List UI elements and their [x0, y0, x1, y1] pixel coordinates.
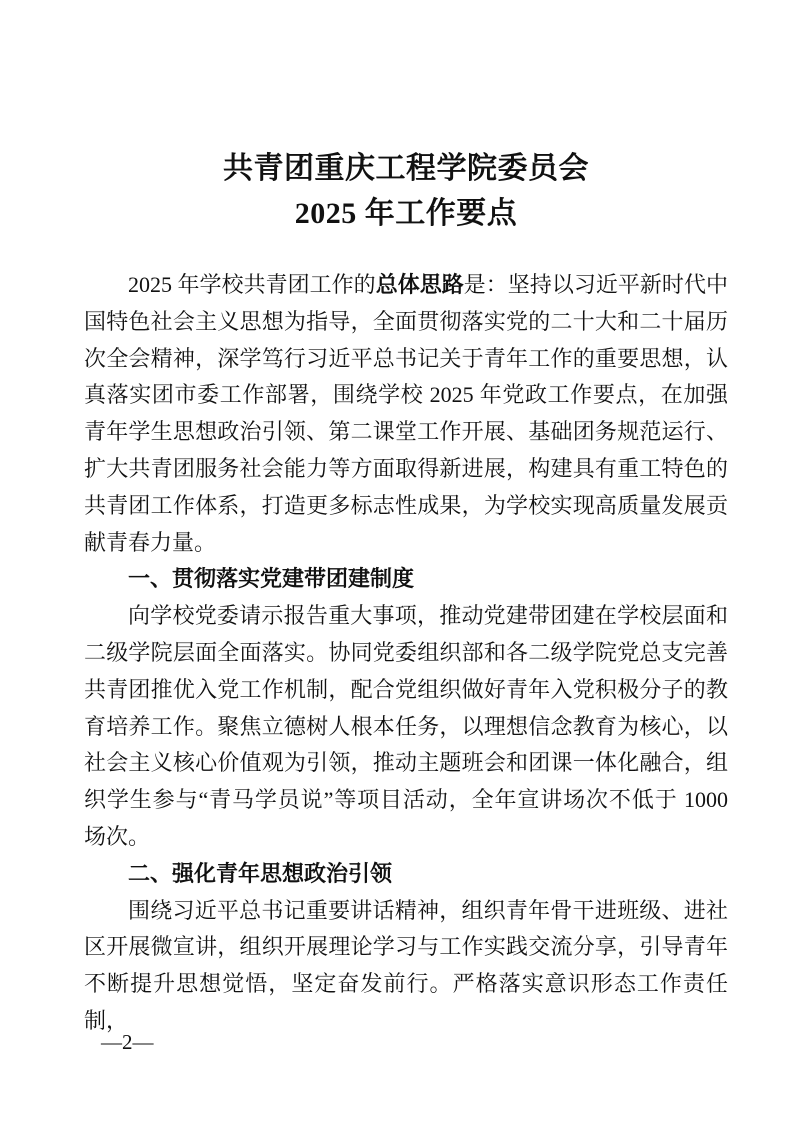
paragraph-text: 围绕习近平总书记重要讲话精神，组织青年骨干进班级、进社区开展微宣讲，组织开展理论…	[84, 898, 728, 1033]
body-paragraph: 围绕习近平总书记重要讲话精神，组织青年骨干进班级、进社区开展微宣讲，组织开展理论…	[84, 893, 728, 1040]
bold-emphasis-text: 总体思路	[376, 272, 464, 297]
paragraph-text: 是：坚持以习近平新时代中国特色社会主义思想为指导，全面贯彻落实党的二十大和二十届…	[84, 272, 728, 555]
section-heading: 二、强化青年思想政治引领	[84, 856, 728, 893]
page-number: —2—	[101, 1029, 154, 1055]
title-line-2: 2025 年工作要点	[295, 197, 518, 230]
body-paragraph: 2025 年学校共青团工作的总体思路是：坚持以习近平新时代中国特色社会主义思想为…	[84, 267, 728, 561]
paragraph-text: 向学校党委请示报告重大事项，推动党建带团建在学校层面和二级学院层面全面落实。协同…	[84, 603, 728, 849]
document-title: 共青团重庆工程学院委员会 2025 年工作要点	[84, 146, 728, 236]
title-line-1: 共青团重庆工程学院委员会	[223, 152, 589, 185]
section-heading: 一、贯彻落实党建带团建制度	[84, 561, 728, 598]
document-body: 2025 年学校共青团工作的总体思路是：坚持以习近平新时代中国特色社会主义思想为…	[84, 267, 728, 1040]
body-paragraph: 向学校党委请示报告重大事项，推动党建带团建在学校层面和二级学院层面全面落实。协同…	[84, 598, 728, 856]
paragraph-text: 2025 年学校共青团工作的	[128, 272, 376, 297]
document-page: 共青团重庆工程学院委员会 2025 年工作要点 2025 年学校共青团工作的总体…	[0, 0, 793, 1122]
